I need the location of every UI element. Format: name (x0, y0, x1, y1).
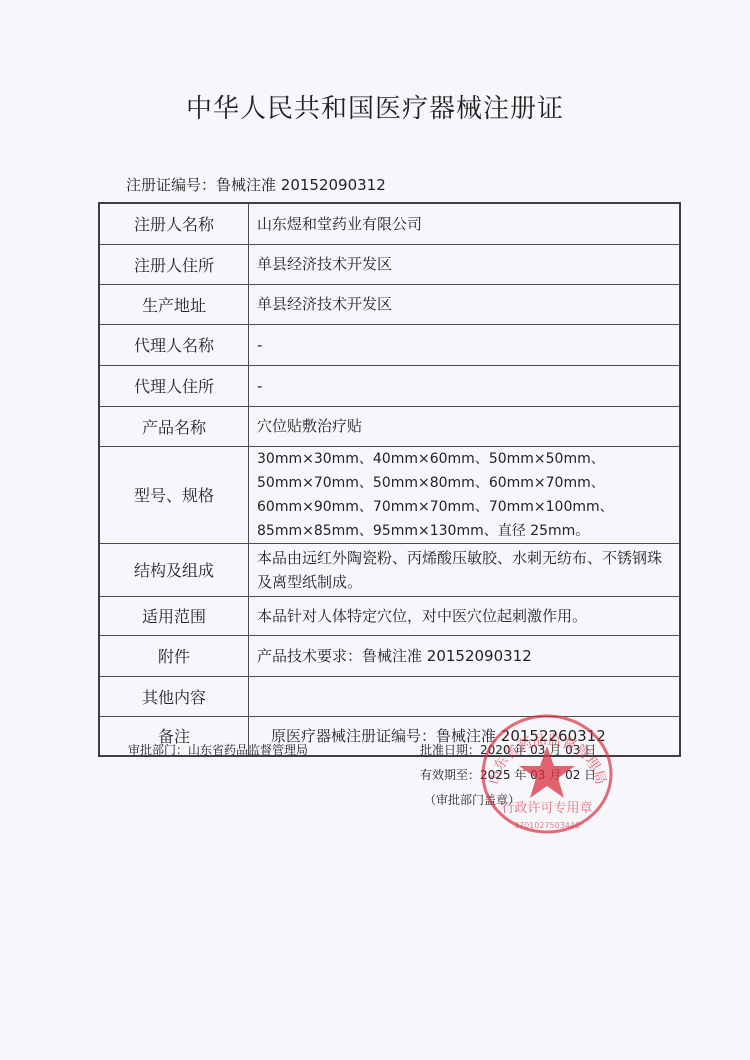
row-label: 结构及组成 (99, 543, 249, 596)
svg-text:3701027503440: 3701027503440 (514, 821, 580, 830)
row-value: 产品技术要求：鲁械注准 20152090312 (249, 635, 681, 676)
row-label: 注册人名称 (99, 203, 249, 244)
registration-number-label: 注册证编号： (126, 176, 216, 194)
table-row: 其他内容 (99, 676, 680, 716)
row-value: 单县经济技术开发区 (249, 244, 681, 284)
row-value: 山东煜和堂药业有限公司 (249, 203, 681, 244)
table-row: 注册人住所 单县经济技术开发区 (99, 244, 680, 284)
row-label: 型号、规格 (99, 446, 249, 543)
row-value: 本品由远红外陶瓷粉、丙烯酸压敏胶、水刺无纺布、不锈钢珠及离型纸制成。 (249, 543, 681, 596)
row-label: 代理人住所 (99, 365, 249, 406)
row-label: 注册人住所 (99, 244, 249, 284)
table-row: 型号、规格 30mm×30mm、40mm×60mm、50mm×50mm、50mm… (99, 446, 680, 543)
seal-note: （审批部门盖章） (424, 791, 520, 808)
table-row: 产品名称 穴位贴敷治疗贴 (99, 406, 680, 446)
row-value: 单县经济技术开发区 (249, 284, 681, 324)
table-row: 代理人名称 - (99, 324, 680, 365)
row-label: 适用范围 (99, 596, 249, 635)
table-row: 生产地址 单县经济技术开发区 (99, 284, 680, 324)
row-label: 产品名称 (99, 406, 249, 446)
certificate-table: 注册人名称 山东煜和堂药业有限公司 注册人住所 单县经济技术开发区 生产地址 单… (98, 202, 681, 757)
valid-until: 有效期至：2025 年 03 月 02 日 (420, 766, 596, 783)
registration-number: 注册证编号：鲁械注准 20152090312 (126, 174, 386, 195)
row-label: 生产地址 (99, 284, 249, 324)
row-value: 本品针对人体特定穴位，对中医穴位起刺激作用。 (249, 596, 681, 635)
row-value: 30mm×30mm、40mm×60mm、50mm×50mm、50mm×70mm、… (249, 446, 681, 543)
row-value (249, 676, 681, 716)
row-label: 附件 (99, 635, 249, 676)
row-value: - (249, 324, 681, 365)
registration-number-value: 鲁械注准 20152090312 (216, 176, 386, 194)
approval-department: 审批部门：山东省药品监督管理局 (128, 741, 308, 758)
row-value: - (249, 365, 681, 406)
table-row: 结构及组成 本品由远红外陶瓷粉、丙烯酸压敏胶、水刺无纺布、不锈钢珠及离型纸制成。 (99, 543, 680, 596)
certificate-title: 中华人民共和国医疗器械注册证 (0, 88, 750, 125)
row-label: 其他内容 (99, 676, 249, 716)
table-row: 注册人名称 山东煜和堂药业有限公司 (99, 203, 680, 244)
row-value: 穴位贴敷治疗贴 (249, 406, 681, 446)
table-row: 附件 产品技术要求：鲁械注准 20152090312 (99, 635, 680, 676)
row-label: 代理人名称 (99, 324, 249, 365)
table-row: 代理人住所 - (99, 365, 680, 406)
approval-date: 批准日期：2020 年 03 月 03 日 (420, 741, 596, 758)
table-row: 适用范围 本品针对人体特定穴位，对中医穴位起刺激作用。 (99, 596, 680, 635)
